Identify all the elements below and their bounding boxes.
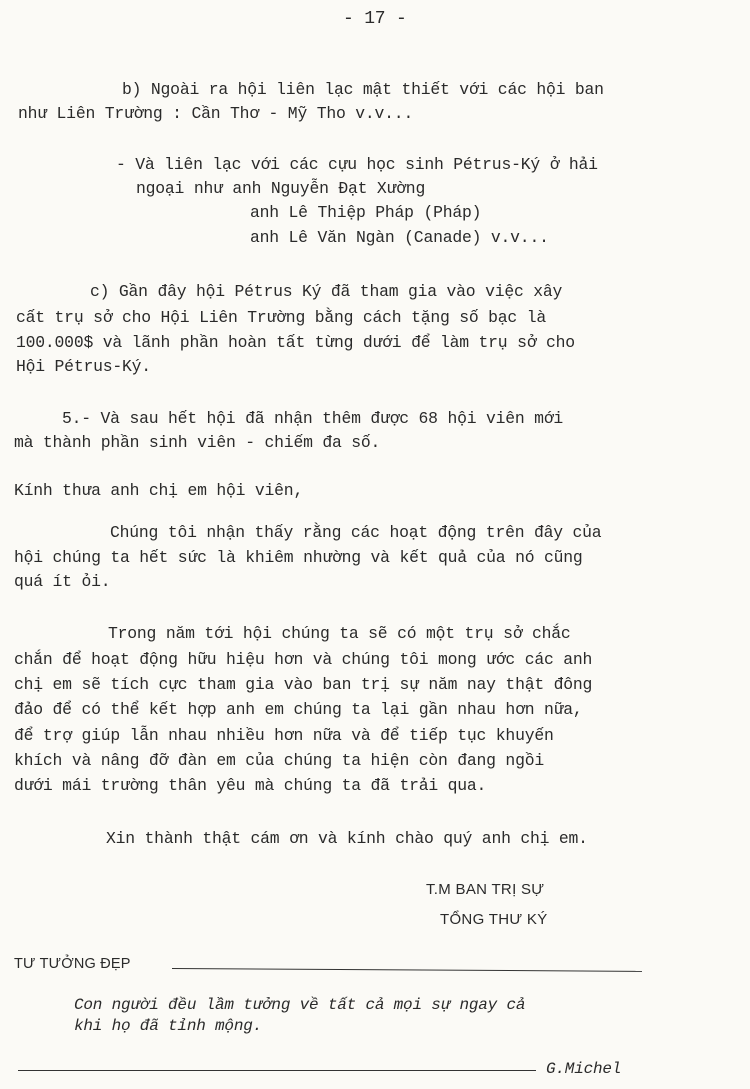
section-5-line-2: mà thành phần sinh viên - chiếm đa số. [14,435,380,451]
section-5-line-1: 5.- Và sau hết hội đã nhận thêm được 68 … [62,411,563,427]
salutation: Kính thưa anh chị em hội viên, [14,483,303,499]
quote-heading: TƯ TƯỞNG ĐẸP [14,957,131,972]
section-b-line-1: b) Ngoài ra hội liên lạc mật thiết với c… [122,82,604,98]
signature-line-1: T.M BAN TRỊ SỰ [426,882,544,897]
para-2-line-2: chắn để hoạt động hữu hiệu hơn và chúng … [14,652,592,668]
para-2-line-1: Trong năm tới hội chúng ta sẽ có một trụ… [108,626,571,642]
page-number: - 17 - [343,10,407,28]
para-2-line-4: đảo để có thể kết hợp anh em chúng ta lạ… [14,702,583,718]
para-1-line-2: hội chúng ta hết sức là khiêm nhường và … [14,550,583,566]
overseas-line-1: - Và liên lạc với các cựu học sinh Pétru… [116,157,598,173]
section-c-line-3: 100.000$ và lãnh phần hoàn tất từng dưới… [16,335,575,351]
para-2-line-3: chị em sẽ tích cực tham gia vào ban trị … [14,677,592,693]
quote-top-rule [172,968,642,972]
section-b-line-2: như Liên Trường : Cần Thơ - Mỹ Tho v.v..… [18,106,413,122]
para-2-line-5: để trợ giúp lẫn nhau nhiều hơn nữa và để… [14,728,554,744]
document-page: - 17 - b) Ngoài ra hội liên lạc mật thiế… [0,0,750,1089]
para-1-line-3: quá ít ỏi. [14,574,110,590]
quote-bottom-rule [18,1070,536,1071]
section-c-line-2: cất trụ sở cho Hội Liên Trường bằng cách… [16,310,546,326]
para-2-line-7: dưới mái trường thân yêu mà chúng ta đã … [14,778,486,794]
section-c-line-4: Hội Pétrus-Ký. [16,359,151,375]
signature-line-2: TỔNG THƯ KÝ [440,912,548,927]
quote-author: G.Michel [546,1061,621,1077]
overseas-line-4: anh Lê Văn Ngàn (Canade) v.v... [250,230,549,246]
quote-line-2: khi họ đã tỉnh mộng. [74,1018,262,1034]
section-c-line-1: c) Gần đây hội Pétrus Ký đã tham gia vào… [90,284,562,300]
closing-line: Xin thành thật cám ơn và kính chào quý a… [106,831,588,847]
quote-line-1: Con người đều lầm tưởng về tất cả mọi sự… [74,997,525,1013]
overseas-line-3: anh Lê Thiệp Pháp (Pháp) [250,205,481,221]
overseas-line-2: ngoại như anh Nguyễn Đạt Xường [136,181,425,197]
para-2-line-6: khích và nâng đỡ đàn em của chúng ta hiệ… [14,753,544,769]
para-1-line-1: Chúng tôi nhận thấy rằng các hoạt động t… [110,525,601,541]
